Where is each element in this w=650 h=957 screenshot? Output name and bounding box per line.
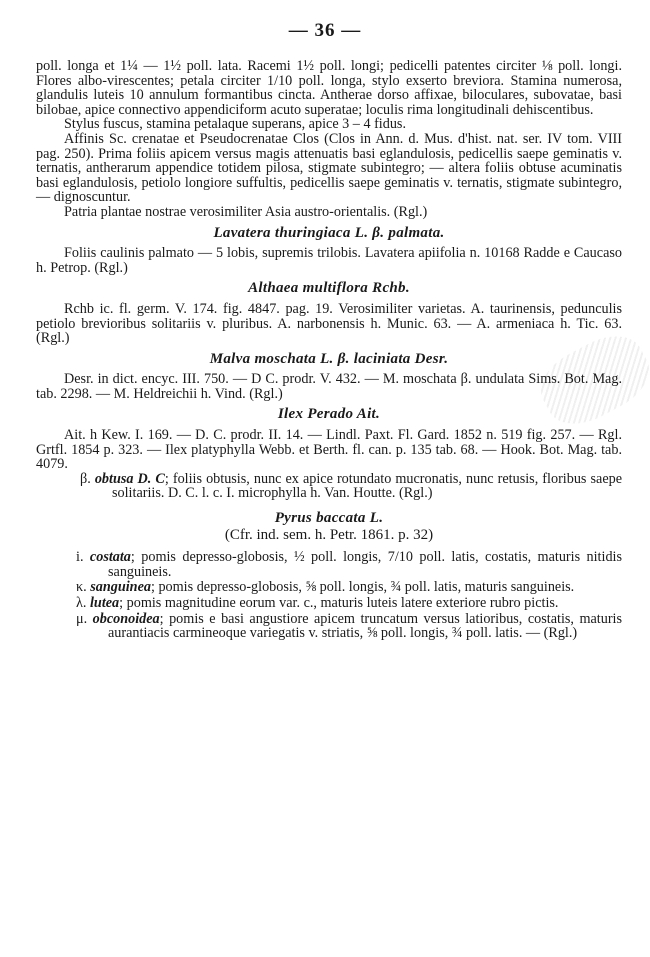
- heading-pyrus: Pyrus baccata L.: [36, 511, 622, 526]
- variety-sanguinea: κ. sanguinea; pomis depresso-globosis, ⅝…: [36, 580, 622, 595]
- text-ilex: Ait. h Kew. I. 169. — D. C. prodr. II. 1…: [36, 428, 622, 472]
- heading-althaea: Althaea multiflora Rchb.: [36, 281, 622, 296]
- variety-label: λ.: [76, 595, 86, 611]
- variety-text: ; pomis depresso-globosis, ⅝ poll. longi…: [151, 579, 574, 595]
- variety-label: β.: [80, 471, 91, 487]
- paragraph-continuation: poll. longa et 1¼ — 1½ poll. lata. Racem…: [36, 59, 622, 117]
- variety-text: ; foliis obtusis, nunc ex apice rotundat…: [112, 471, 622, 502]
- page-body: poll. longa et 1¼ — 1½ poll. lata. Racem…: [36, 59, 622, 642]
- variety-label: κ.: [76, 579, 87, 595]
- variety-text: ; pomis e basi angustiore apicem truncat…: [108, 611, 622, 642]
- subheading-pyrus: (Cfr. ind. sem. h. Petr. 1861. p. 32): [36, 528, 622, 543]
- paragraph-affinis: Affinis Sc. crenatae et Pseudocrenatae C…: [36, 132, 622, 205]
- paragraph-patria: Patria plantae nostrae verosimiliter Asi…: [36, 205, 622, 220]
- variety-lutea: λ. lutea; pomis magnitudine eorum var. c…: [36, 596, 622, 611]
- page-number: — 36 —: [0, 20, 650, 42]
- variety-name: obtusa D. C: [95, 471, 165, 487]
- variety-text: ; pomis depresso-globosis, ½ poll. longi…: [108, 549, 622, 580]
- variety-label: i.: [76, 549, 84, 565]
- variety-label: μ.: [76, 611, 87, 627]
- variety-text: ; pomis magnitudine eorum var. c., matur…: [119, 595, 558, 611]
- variety-obtusa: β. obtusa D. C; foliis obtusis, nunc ex …: [36, 472, 622, 501]
- variety-costata: i. costata; pomis depresso-globosis, ½ p…: [36, 550, 622, 579]
- paragraph-stylus: Stylus fuscus, stamina petalaque superan…: [36, 117, 622, 132]
- heading-lavatera: Lavatera thuringiaca L. β. palmata.: [36, 226, 622, 241]
- heading-malva: Malva moschata L. β. laciniata Desr.: [36, 352, 622, 367]
- variety-name: sanguinea: [90, 579, 151, 595]
- variety-name: obconoidea: [93, 611, 160, 627]
- variety-obconoidea: μ. obconoidea; pomis e basi angustiore a…: [36, 612, 622, 641]
- heading-ilex: Ilex Perado Ait.: [36, 407, 622, 422]
- text-malva: Desr. in dict. encyc. III. 750. — D C. p…: [36, 372, 622, 401]
- variety-name: costata: [90, 549, 131, 565]
- text-althaea: Rchb ic. fl. germ. V. 174. fig. 4847. pa…: [36, 302, 622, 346]
- text-lavatera: Foliis caulinis palmato — 5 lobis, supre…: [36, 246, 622, 275]
- scanned-page: — 36 — poll. longa et 1¼ — 1½ poll. lata…: [0, 0, 650, 957]
- variety-name: lutea: [90, 595, 119, 611]
